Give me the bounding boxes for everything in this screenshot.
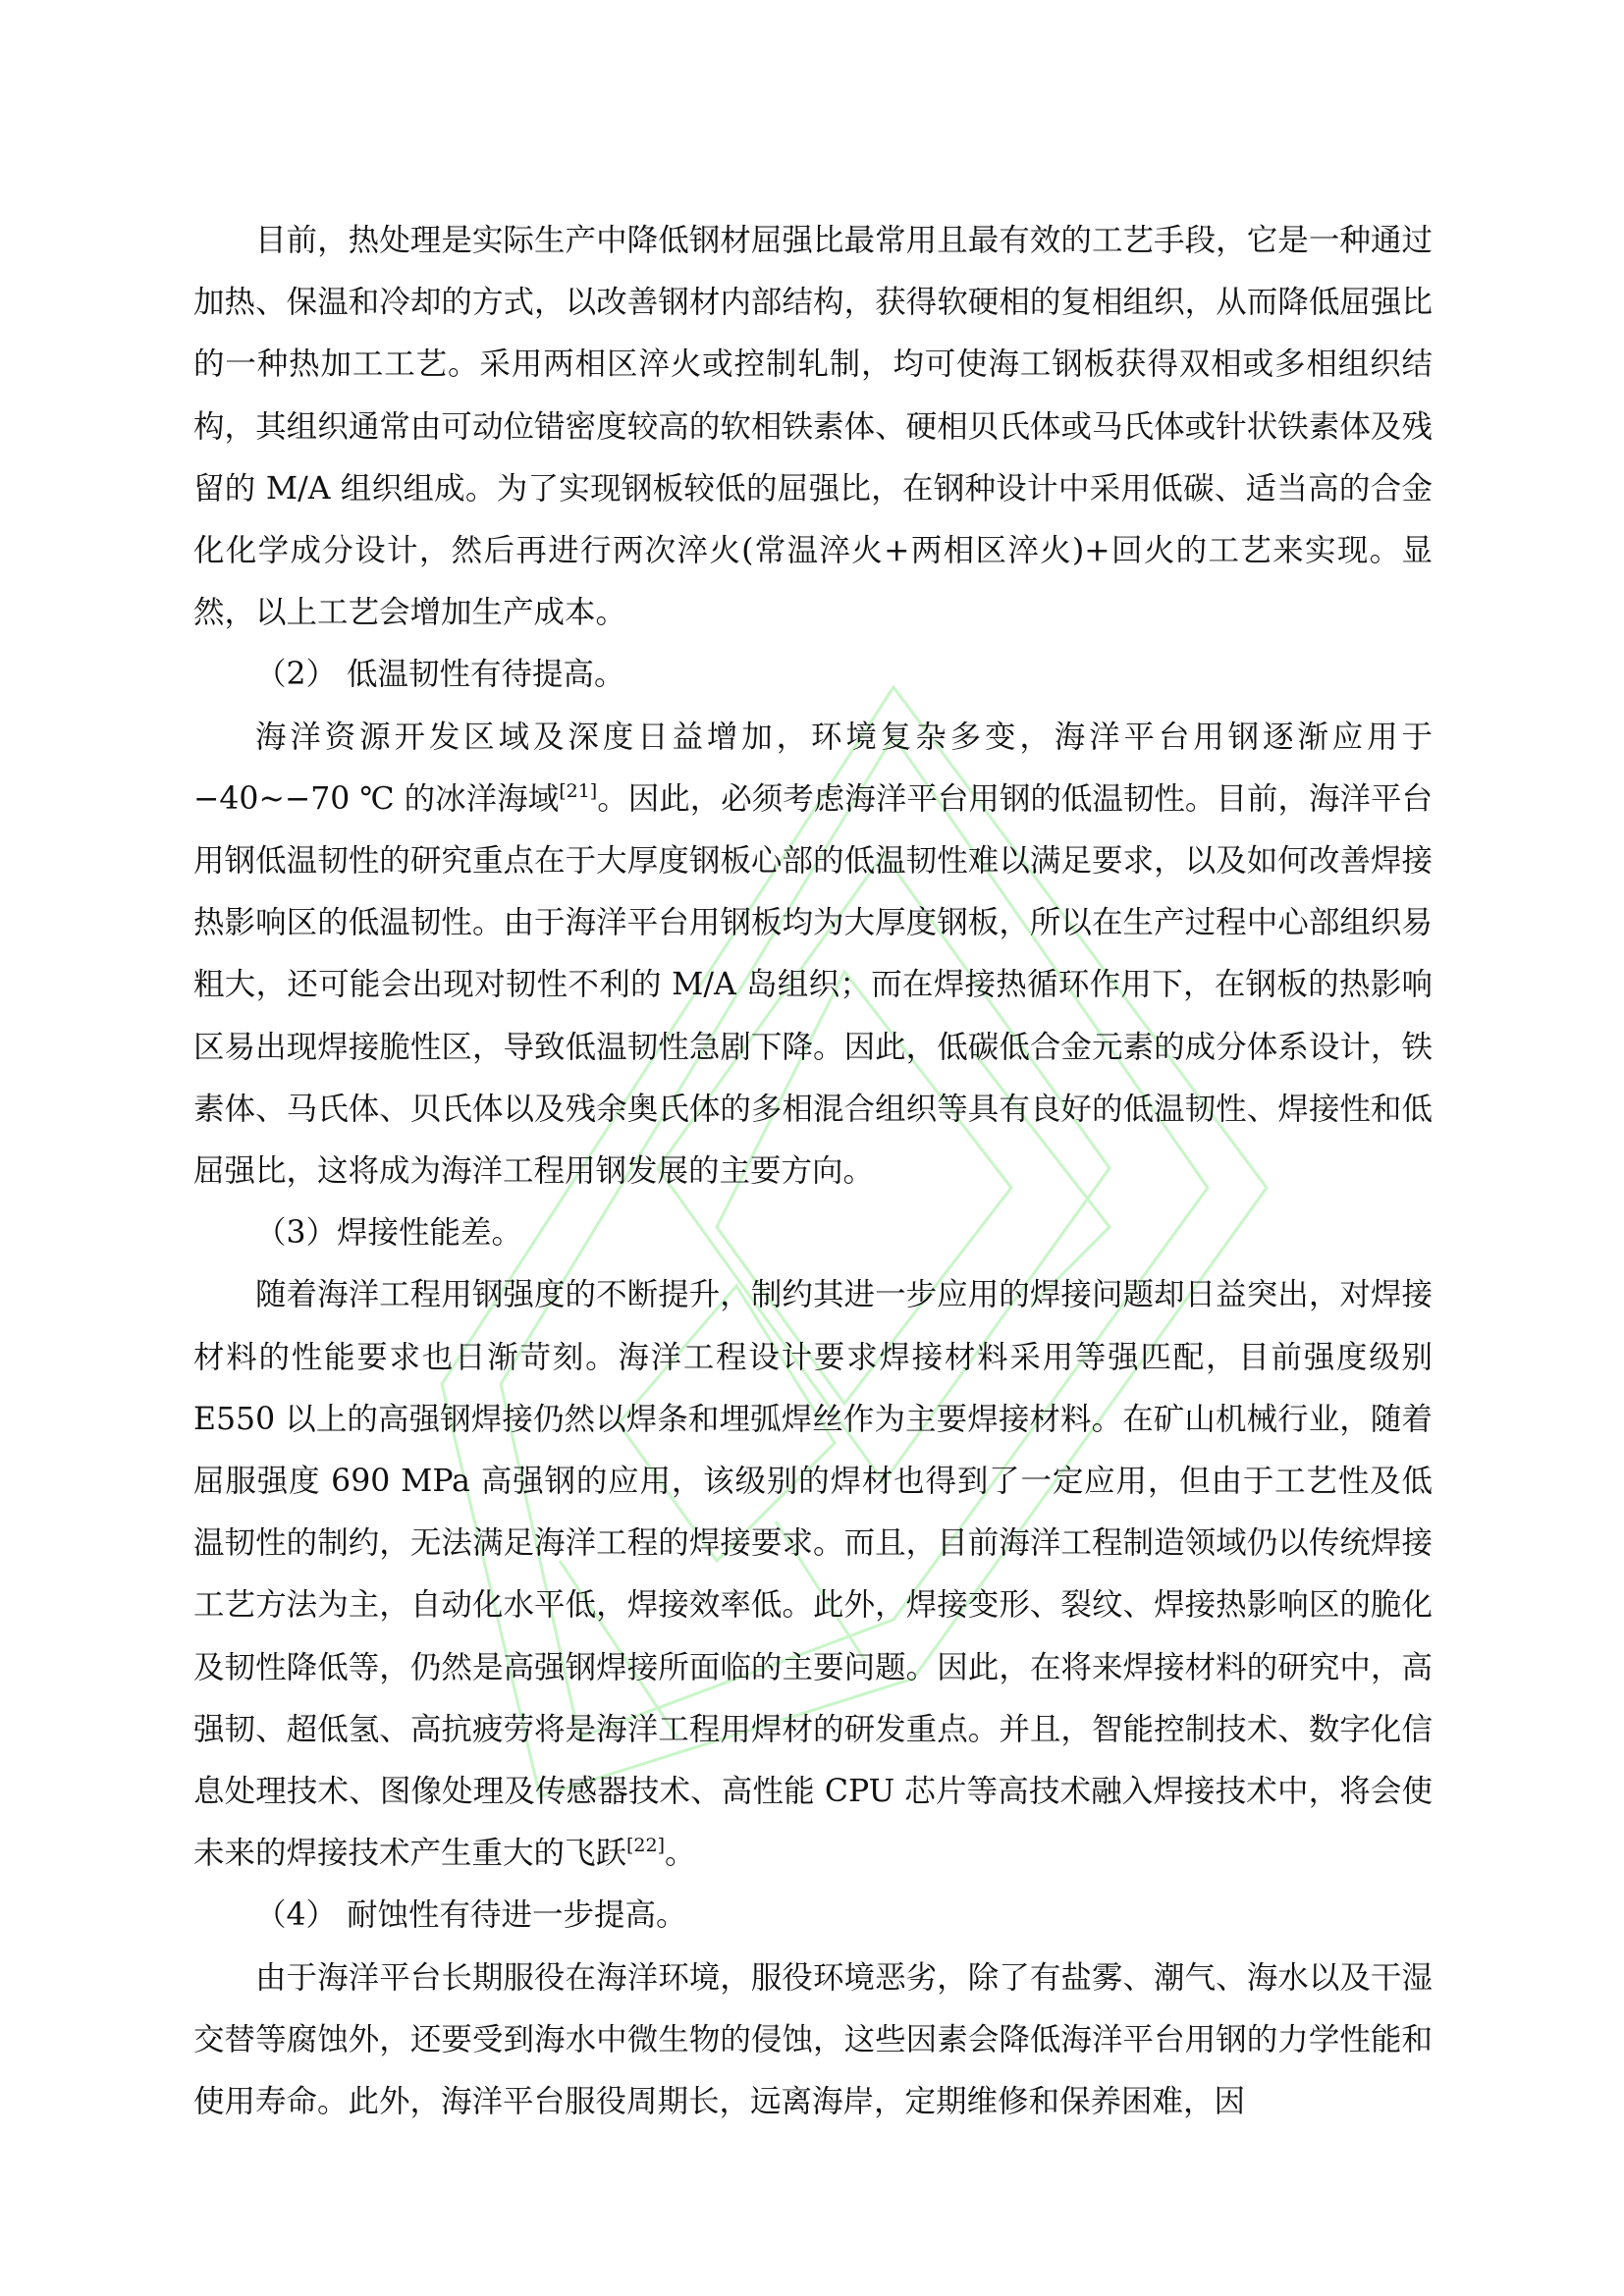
paragraph-low-temp-toughness: 海洋资源开发区域及深度日益增加，环境复杂多变，海洋平台用钢逐渐应用于−40~−7… bbox=[193, 707, 1433, 1203]
document-body: 目前，热处理是实际生产中降低钢材屈强比最常用且最有效的工艺手段，它是一种通过加热… bbox=[193, 210, 1433, 2133]
section-heading-low-temp-toughness: （2） 低温韧性有待提高。 bbox=[193, 644, 1433, 706]
document-page: 目前，热处理是实际生产中降低钢材屈强比最常用且最有效的工艺手段，它是一种通过加热… bbox=[0, 0, 1624, 2296]
section-heading-corrosion-resistance: （4） 耐蚀性有待进一步提高。 bbox=[193, 1885, 1433, 1947]
paragraph-corrosion-resistance: 由于海洋平台长期服役在海洋环境，服役环境恶劣，除了有盐雾、潮气、海水以及干湿交替… bbox=[193, 1948, 1433, 2134]
paragraph-weldability: 随着海洋工程用钢强度的不断提升，制约其进一步应用的焊接问题却日益突出，对焊接材料… bbox=[193, 1264, 1433, 1885]
citation-ref-22: [22] bbox=[626, 1835, 665, 1856]
section-heading-weldability: （3）焊接性能差。 bbox=[193, 1202, 1433, 1264]
citation-ref-21: [21] bbox=[559, 780, 597, 802]
paragraph-heat-treatment: 目前，热处理是实际生产中降低钢材屈强比最常用且最有效的工艺手段，它是一种通过加热… bbox=[193, 210, 1433, 644]
